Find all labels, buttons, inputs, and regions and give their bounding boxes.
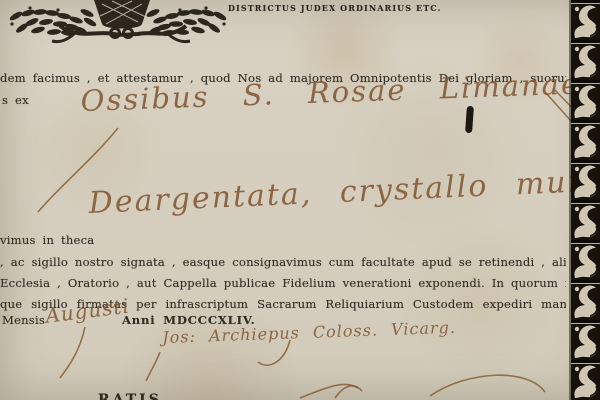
document-photo: DISTRICTUS JUDEX ORDINARIUS ETC. dem fac… bbox=[0, 0, 600, 400]
ornate-border bbox=[571, 0, 600, 400]
acanthus-border-icon bbox=[571, 0, 600, 400]
pen-flourishes bbox=[0, 0, 600, 400]
